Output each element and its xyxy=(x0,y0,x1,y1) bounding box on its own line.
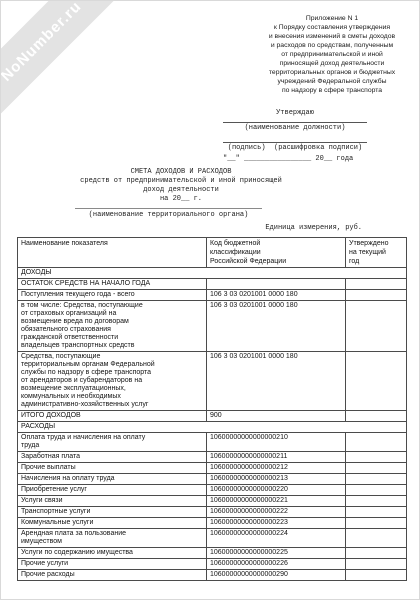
indicator-name: Начисления на оплату труда xyxy=(18,474,207,485)
table-header-row: Наименование показателя Код бюджетной кл… xyxy=(18,238,407,268)
approved-amount xyxy=(346,452,407,463)
indicator-name: ИТОГО ДОХОДОВ xyxy=(18,411,207,422)
title-line-4: на 20__ г. xyxy=(56,195,306,204)
table-body: ДОХОДЫОСТАТОК СРЕДСТВ НА НАЧАЛО ГОДАПост… xyxy=(18,268,407,581)
budget-code: 10600000000000000212 xyxy=(207,463,346,474)
table-row: Начисления на оплату труда10600000000000… xyxy=(18,474,407,485)
budget-code: 10600000000000000290 xyxy=(207,570,346,581)
table-row: ОСТАТОК СРЕДСТВ НА НАЧАЛО ГОДА xyxy=(18,279,407,290)
approval-block: Утверждаю (наименование должности) (подп… xyxy=(223,109,367,163)
section-row: ДОХОДЫ xyxy=(18,268,407,279)
budget-code: 10600000000000000226 xyxy=(207,559,346,570)
table-row: Оплата труда и начисления на оплату труд… xyxy=(18,433,407,452)
table-row: в том числе: Средства, поступающие от ст… xyxy=(18,301,407,352)
approved-amount xyxy=(346,496,407,507)
indicator-name: Услуги связи xyxy=(18,496,207,507)
indicator-name: Транспортные услуги xyxy=(18,507,207,518)
table-row: ИТОГО ДОХОДОВ900 xyxy=(18,411,407,422)
document-page: NoNumber.ru Приложение N 1 к Порядку сос… xyxy=(0,0,420,600)
budget-code: 10600000000000000220 xyxy=(207,485,346,496)
table-row: Средства, поступающие территориальным ор… xyxy=(18,352,407,411)
approved-amount xyxy=(346,474,407,485)
approved-amount xyxy=(346,485,407,496)
indicator-name: Услуги по содержанию имущества xyxy=(18,548,207,559)
watermark-banner: NoNumber.ru xyxy=(0,0,149,149)
table-row: Прочие расходы10600000000000000290 xyxy=(18,570,407,581)
budget-code xyxy=(207,279,346,290)
indicator-name: ОСТАТОК СРЕДСТВ НА НАЧАЛО ГОДА xyxy=(18,279,207,290)
col-header-budget-code: Код бюджетной классификации Российской Ф… xyxy=(207,238,346,268)
indicator-name: в том числе: Средства, поступающие от ст… xyxy=(18,301,207,352)
approval-title: Утверждаю xyxy=(223,109,367,117)
table-row: Приобретение услуг10600000000000000220 xyxy=(18,485,407,496)
col-header-indicator: Наименование показателя xyxy=(18,238,207,268)
org-caption: (наименование территориального органа) xyxy=(65,211,272,219)
budget-code: 10600000000000000221 xyxy=(207,496,346,507)
table-row: Арендная плата за пользование имуществом… xyxy=(18,529,407,548)
table-row: Прочие услуги10600000000000000226 xyxy=(18,559,407,570)
table-row: Заработная плата10600000000000000211 xyxy=(18,452,407,463)
approved-amount xyxy=(346,548,407,559)
budget-code: 10600000000000000224 xyxy=(207,529,346,548)
title-line-3: доход деятельности xyxy=(56,186,306,195)
budget-code: 106 3 03 0201001 0000 180 xyxy=(207,290,346,301)
table-row: Поступления текущего года - всего106 3 0… xyxy=(18,290,407,301)
table-row: Транспортные услуги10600000000000000222 xyxy=(18,507,407,518)
budget-code: 10600000000000000213 xyxy=(207,474,346,485)
budget-code: 106 3 03 0201001 0000 180 xyxy=(207,301,346,352)
budget-code: 900 xyxy=(207,411,346,422)
budget-code: 10600000000000000211 xyxy=(207,452,346,463)
section-label: ДОХОДЫ xyxy=(18,268,407,279)
indicator-name: Заработная плата xyxy=(18,452,207,463)
watermark-text: NoNumber.ru xyxy=(0,0,84,84)
approved-amount xyxy=(346,529,407,548)
indicator-name: Коммунальные услуги xyxy=(18,518,207,529)
indicator-name: Приобретение услуг xyxy=(18,485,207,496)
signature-caption: (подпись) (расшифровка подписи) xyxy=(223,144,367,152)
position-signature-line xyxy=(223,117,367,123)
indicator-name: Поступления текущего года - всего xyxy=(18,290,207,301)
budget-table: Наименование показателя Код бюджетной кл… xyxy=(17,237,407,581)
section-row: РАСХОДЫ xyxy=(18,422,407,433)
appendix-note: Приложение N 1 к Порядку составления утв… xyxy=(257,14,407,95)
budget-code: 10600000000000000222 xyxy=(207,507,346,518)
approved-amount xyxy=(346,507,407,518)
position-caption: (наименование должности) xyxy=(223,124,367,132)
budget-code: 10600000000000000223 xyxy=(207,518,346,529)
approved-amount xyxy=(346,290,407,301)
budget-code: 10600000000000000225 xyxy=(207,548,346,559)
indicator-name: Оплата труда и начисления на оплату труд… xyxy=(18,433,207,452)
approved-amount xyxy=(346,411,407,422)
col-header-approved: Утверждено на текущий год xyxy=(346,238,407,268)
document-title: СМЕТА ДОХОДОВ И РАСХОДОВ средств от пред… xyxy=(56,168,306,204)
approved-amount xyxy=(346,301,407,352)
budget-code: 106 3 03 0201001 0000 180 xyxy=(207,352,346,411)
org-name-line xyxy=(75,208,262,209)
table-row: Прочие выплаты10600000000000000212 xyxy=(18,463,407,474)
approved-amount xyxy=(346,433,407,452)
indicator-name: Средства, поступающие территориальным ор… xyxy=(18,352,207,411)
approval-date-line: "__" ________________ 20__ года xyxy=(223,155,367,163)
unit-of-measure-label: Единица измерения, руб. xyxy=(265,224,362,232)
approved-amount xyxy=(346,559,407,570)
table-row: Услуги по содержанию имущества1060000000… xyxy=(18,548,407,559)
table-row: Коммунальные услуги10600000000000000223 xyxy=(18,518,407,529)
approved-amount xyxy=(346,463,407,474)
approved-amount xyxy=(346,352,407,411)
approved-amount xyxy=(346,570,407,581)
indicator-name: Прочие расходы xyxy=(18,570,207,581)
indicator-name: Арендная плата за пользование имуществом xyxy=(18,529,207,548)
title-line-1: СМЕТА ДОХОДОВ И РАСХОДОВ xyxy=(56,168,306,177)
approved-amount xyxy=(346,279,407,290)
indicator-name: Прочие услуги xyxy=(18,559,207,570)
title-line-2: средств от предпринимательской и иной пр… xyxy=(56,177,306,186)
table-row: Услуги связи10600000000000000221 xyxy=(18,496,407,507)
budget-code: 10600000000000000210 xyxy=(207,433,346,452)
section-label: РАСХОДЫ xyxy=(18,422,407,433)
indicator-name: Прочие выплаты xyxy=(18,463,207,474)
approved-amount xyxy=(346,518,407,529)
signature-line xyxy=(223,132,367,143)
